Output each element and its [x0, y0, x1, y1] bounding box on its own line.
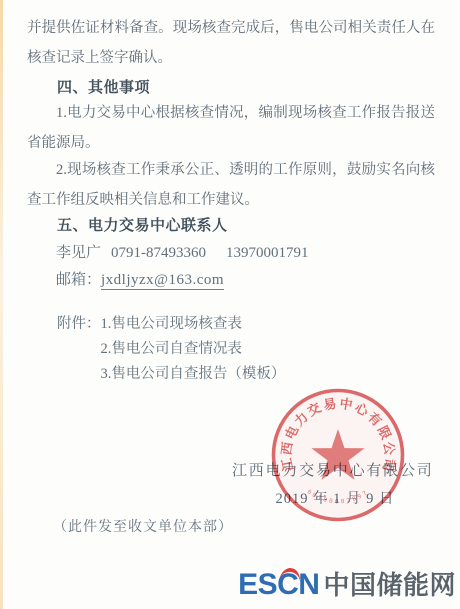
contact-name: 李见广: [56, 245, 101, 261]
contact-phone-mobile: 13970001791: [226, 245, 309, 261]
contact-phone-landline: 0791-87493360: [111, 245, 206, 261]
section-heading-contacts: 五、电力交易中心联系人: [57, 211, 228, 241]
paragraph-other-item-1: 1.电力交易中心根据核查情况，编制现场核查工作报告报送省能源局。: [27, 98, 435, 158]
contact-info-line: 李见广0791-8749336013970001791: [56, 238, 309, 268]
distribution-note: （此件发至收文单位本部）: [53, 515, 233, 541]
escn-logo-latin-wrap: ESCN: [238, 569, 319, 601]
attachment-item-1: 1.售电公司现场核查表: [101, 312, 286, 337]
attachments-list: 1.售电公司现场核查表 2.售电公司自查情况表 3.售电公司自查报告（模板）: [101, 312, 286, 387]
attachment-item-2: 2.售电公司自查情况表: [101, 337, 286, 362]
escn-logo-text: ESCN: [238, 568, 319, 601]
signature-date: 2019 年 1 月 9 日: [232, 487, 438, 511]
email-address: jxdljyzx@163.com: [101, 272, 224, 290]
signature-company: 江西电力交易中心有限公司: [232, 459, 438, 483]
attachment-item-3: 3.售电公司自查报告（模板）: [101, 362, 286, 387]
contact-email-line: 邮箱：jxdljyzx@163.com: [56, 265, 224, 295]
paragraph-verification: 并提供佐证材料备查。现场核查完成后，售电公司相关责任人在核查记录上签字确认。: [27, 13, 435, 73]
email-label: 邮箱：: [56, 272, 101, 288]
page-edge-artifact: [0, 0, 3, 609]
paragraph-other-item-2: 2.现场核查工作秉承公正、透明的工作原则，鼓励实名向核查工作组反映相关信息和工作…: [27, 155, 435, 215]
escn-logo-site-name: 中国储能网: [323, 569, 456, 601]
escn-logo: ESCN 中国储能网: [238, 569, 456, 601]
attachments-label: 附件：: [57, 312, 101, 387]
scanned-document-page: 并提供佐证材料备查。现场核查完成后，售电公司相关责任人在核查记录上签字确认。 四…: [0, 0, 460, 609]
attachments-block: 附件： 1.售电公司现场核查表 2.售电公司自查情况表 3.售电公司自查报告（模…: [57, 312, 285, 387]
